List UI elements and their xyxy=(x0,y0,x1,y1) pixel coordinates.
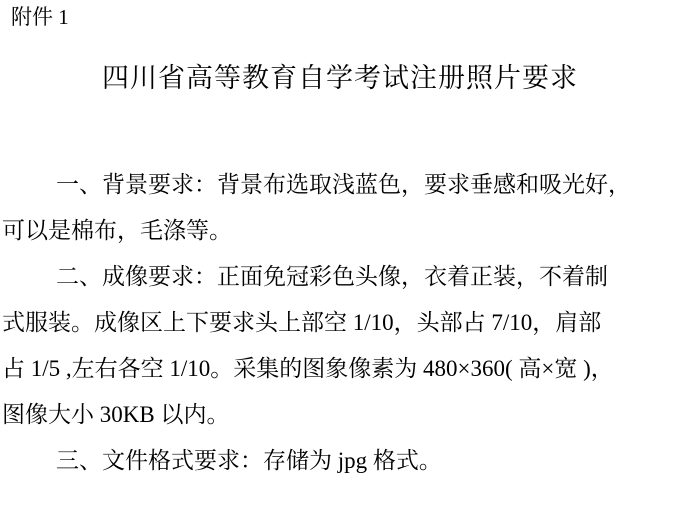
attachment-label: 附件 1 xyxy=(11,4,69,30)
paragraph-2-line-4: 图像大小 30KB 以内。 xyxy=(2,392,678,438)
paragraph-2-line-1: 二、成像要求：正面免冠彩色头像，衣着正装，不着制 xyxy=(2,254,678,300)
paragraph-1-line-1: 一、背景要求：背景布选取浅蓝色，要求垂感和吸光好， xyxy=(2,162,678,208)
document-title: 四川省高等教育自学考试注册照片要求 xyxy=(0,62,680,95)
document-page: 附件 1 四川省高等教育自学考试注册照片要求 一、背景要求：背景布选取浅蓝色，要… xyxy=(0,0,680,508)
paragraph-1-line-2: 可以是棉布，毛涤等。 xyxy=(2,208,678,254)
paragraph-3-line-1: 三、文件格式要求：存储为 jpg 格式。 xyxy=(2,438,678,484)
paragraph-2-line-3: 占 1/5 ,左右各空 1/10。采集的图象像素为 480×360( 高×宽 )… xyxy=(2,346,678,392)
document-body: 一、背景要求：背景布选取浅蓝色，要求垂感和吸光好， 可以是棉布，毛涤等。 二、成… xyxy=(2,162,678,484)
paragraph-2-line-2: 式服装。成像区上下要求头上部空 1/10，头部占 7/10，肩部 xyxy=(2,300,678,346)
